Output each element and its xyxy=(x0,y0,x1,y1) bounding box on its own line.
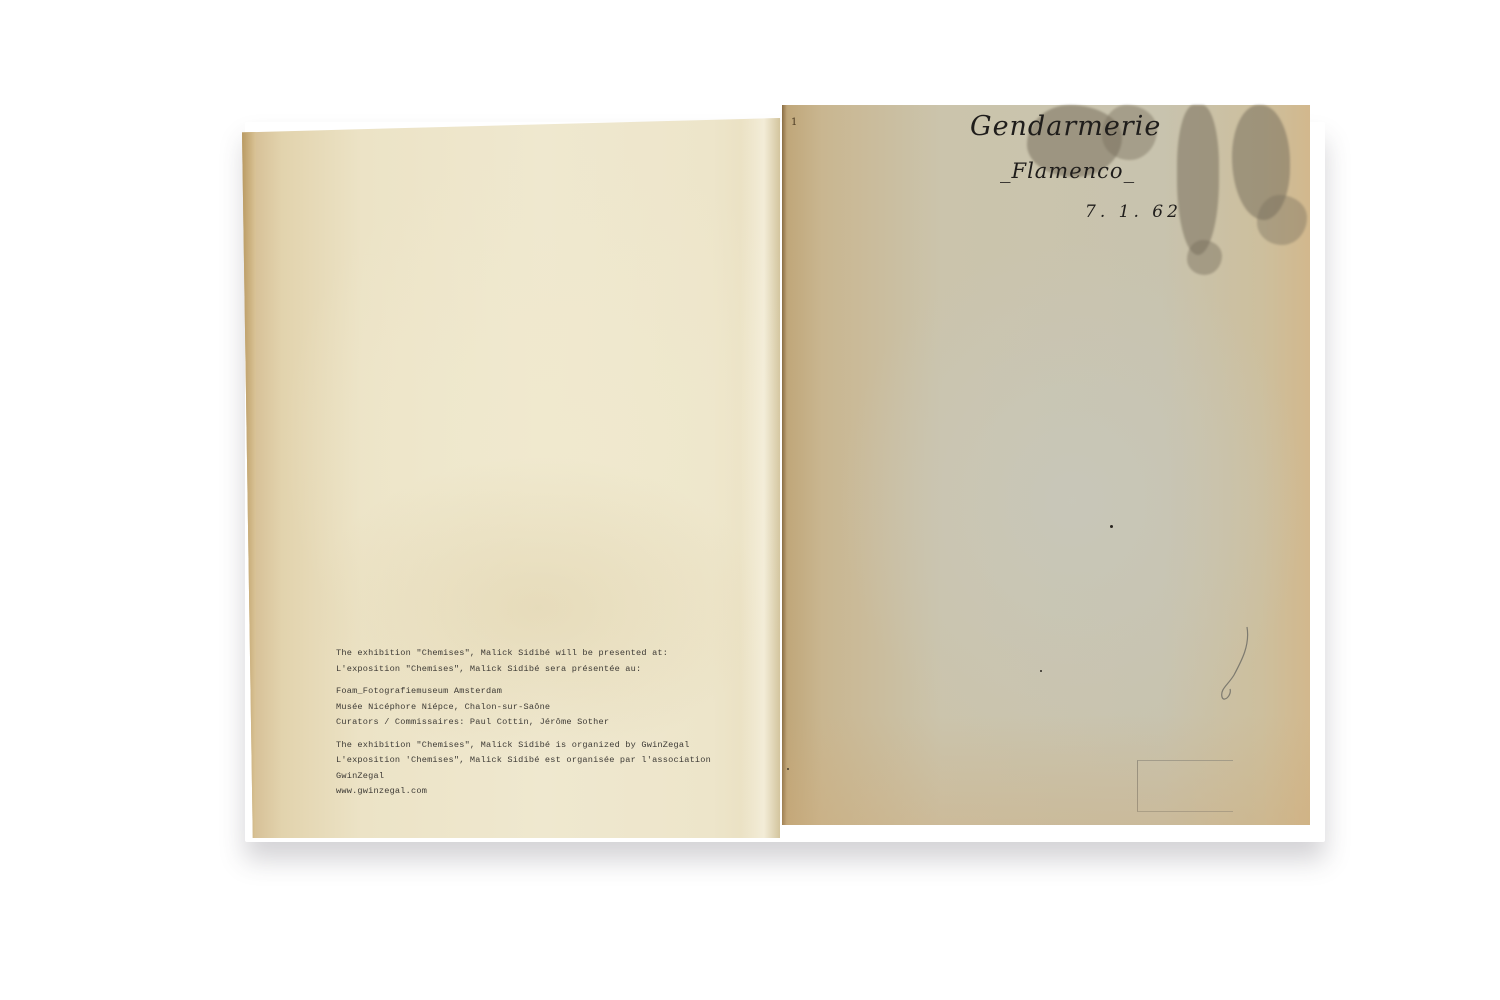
pencil-mark-icon xyxy=(1212,625,1252,705)
venue-foam: Foam_Fotografiemuseum Amsterdam xyxy=(336,684,776,700)
venue-niepce: Musée Nicéphore Niépce, Chalon-sur-Saône xyxy=(336,700,776,716)
page-mark: 1 xyxy=(791,117,797,128)
water-stain xyxy=(1187,240,1222,275)
water-stain xyxy=(1177,105,1219,255)
right-page: 1 Gendarmerie _Flamenco_ 7. 1. 62 xyxy=(782,105,1310,825)
curators-line: Curators / Commissaires: Paul Cottin, Jé… xyxy=(336,715,776,731)
left-page: The exhibition "Chemises", Malick Sidibé… xyxy=(242,118,780,838)
speck xyxy=(1110,525,1113,528)
handwritten-date: 7. 1. 62 xyxy=(1085,202,1182,222)
organizer-fr-cont: GwinZegal xyxy=(336,769,776,785)
organizer-en: The exhibition "Chemises", Malick Sidibé… xyxy=(336,738,776,754)
speck xyxy=(1040,670,1042,672)
spine xyxy=(782,105,786,825)
venue-intro-fr: L'exposition "Chemises", Malick Sidibé s… xyxy=(336,662,776,678)
handwritten-subtitle: _Flamenco_ xyxy=(1000,159,1135,183)
colophon: The exhibition "Chemises", Malick Sidibé… xyxy=(336,646,776,800)
speck xyxy=(787,768,789,770)
water-stain xyxy=(1257,195,1307,245)
website-link: www.gwinzegal.com xyxy=(336,784,776,800)
organizer-fr: L'exposition 'Chemises", Malick Sidibé e… xyxy=(336,753,776,769)
venue-intro-en: The exhibition "Chemises", Malick Sidibé… xyxy=(336,646,776,662)
handwritten-title: Gendarmerie xyxy=(970,111,1161,142)
pencil-box-mark xyxy=(1137,760,1233,812)
